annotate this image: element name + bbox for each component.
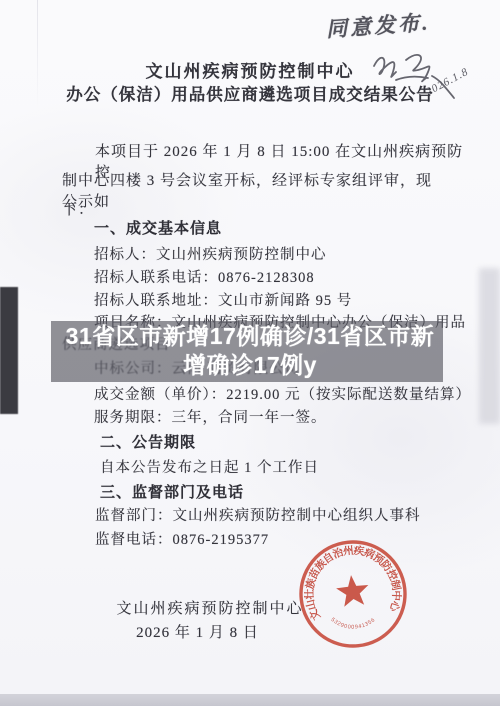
section3-heading: 三、监督部门及电话 bbox=[100, 481, 244, 502]
supervision-phone-row: 监督电话：0876-2195377 bbox=[95, 528, 269, 549]
document-title-line1: 文山州疾病预防控制中心 bbox=[0, 57, 500, 82]
section1-heading: 一、成交基本信息 bbox=[94, 217, 222, 238]
section2-heading: 二、公告期限 bbox=[100, 431, 196, 452]
info-row-address: 招标人联系地址：文山市新闻路 95 号 bbox=[94, 289, 352, 310]
info-row-service-term: 服务期限：三年，合同一年一签。 bbox=[94, 406, 327, 427]
intro-paragraph-line3: 下： bbox=[62, 198, 442, 219]
photo-left-edge bbox=[0, 287, 18, 414]
news-caption-line1: 31省区市新增17例确诊/31省区市新 bbox=[36, 322, 464, 351]
photo-right-edge bbox=[479, 268, 500, 424]
news-caption-line2: 增确诊17例y bbox=[36, 351, 464, 380]
info-row-amount: 成交金额（单价）：2219.00 元（按实际配送数量结算） bbox=[94, 383, 471, 404]
supervision-dept-row: 监督部门：文山州疾病预防控制中心组织人事科 bbox=[95, 504, 421, 525]
seal-star-icon bbox=[335, 573, 370, 607]
info-row-phone: 招标人联系电话：0876-2128308 bbox=[94, 266, 315, 287]
info-row-bidder: 招标人：文山州疾病预防控制中心 bbox=[94, 243, 327, 264]
document-photo: 同意发布. 2026.1.8 文山州疾病预防控制中心 办公（保洁）用品供应商遴选… bbox=[0, 0, 500, 706]
news-caption-text: 31省区市新增17例确诊/31省区市新 增确诊17例y bbox=[36, 322, 464, 380]
photo-bottom-edge bbox=[0, 694, 500, 706]
section2-body: 自本公告发布之日起 1 个工作日 bbox=[100, 456, 319, 477]
document-title-line2: 办公（保洁）用品供应商遴选项目成交结果公告 bbox=[0, 81, 500, 105]
seal-number: 5329000941356 bbox=[329, 613, 377, 634]
handwritten-approval: 同意发布. bbox=[325, 6, 431, 43]
official-seal: 文山壮族苗族自治州疾病预防控制中心 5329000941356 bbox=[289, 533, 417, 661]
